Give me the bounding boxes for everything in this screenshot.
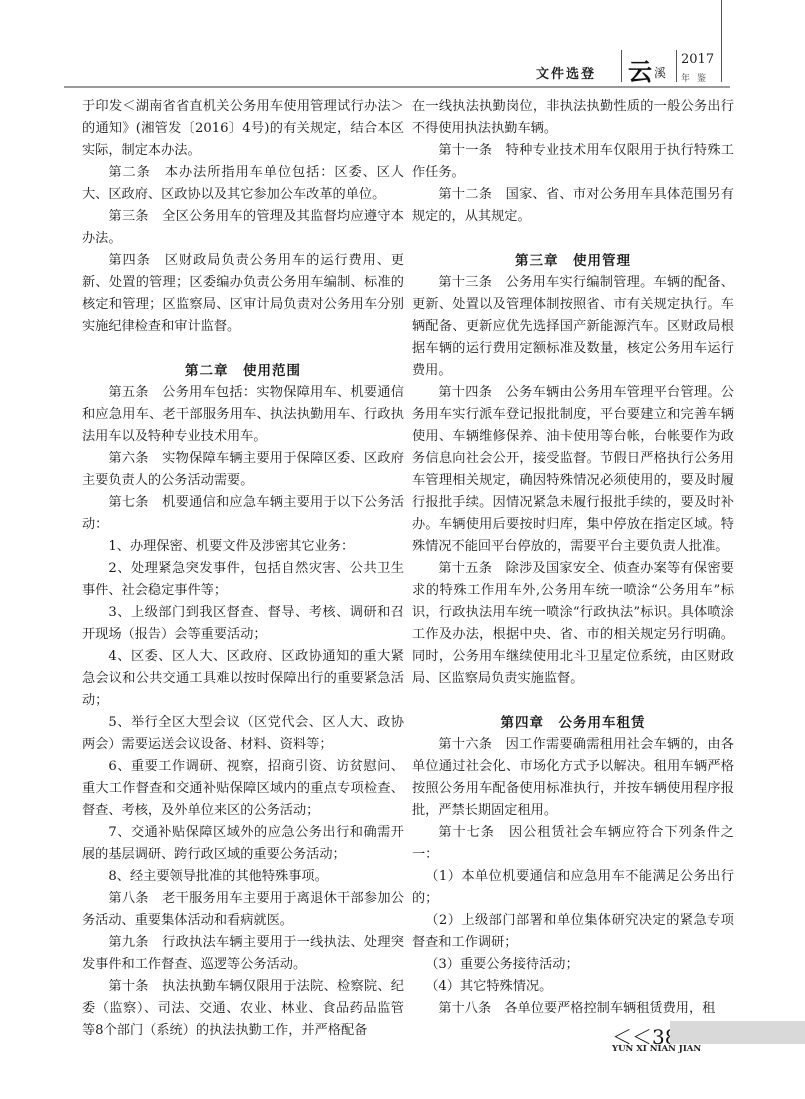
list-item: 7、交通补贴保障区域外的应急公务出行和确需开展的基层调研、跨行政区域的重要公务活… <box>82 822 404 866</box>
list-item: （1）本单位机要通信和应急用车不能满足公务出行的； <box>412 866 734 910</box>
article-8: 第八条 老干服务用车主要用于离退休干部参加公务活动、重要集体活动和看病就医。 <box>82 888 404 932</box>
list-item: （2）上级部门部署和单位集体研究决定的紧急专项督查和工作调研； <box>412 910 734 954</box>
header-divider <box>676 50 677 82</box>
page-header: 文件选登 云 溪 2017 年鉴 <box>0 0 805 88</box>
article-6: 第六条 实物保障车辆主要用于保障区委、区政府主要负责人的公务活动需要。 <box>82 448 404 492</box>
yearbook-year: 2017 <box>681 52 714 67</box>
article-14: 第十四条 公务车辆由公务用车管理平台管理。公务用车实行派车登记报批制度，平台要建… <box>412 382 734 558</box>
left-column: 于印发＜湖南省省直机关公务用车使用管理试行办法＞的通知》(湘管发〔2016〕4号… <box>82 96 404 1042</box>
article-13: 第十三条 公务用车实行编制管理。车辆的配备、更新、处置以及管理体制按照省、市有关… <box>412 272 734 382</box>
list-item: 4、区委、区人大、区政府、区政协通知的重大紧急会议和公共交通工具难以按时保障出行… <box>82 646 404 712</box>
article-12: 第十二条 国家、省、市对公务用车具体范围另有规定的，从其规定。 <box>412 184 734 228</box>
header-rule <box>64 86 730 88</box>
footer-subtitle: YUN XI NIAN JIAN <box>612 1044 701 1054</box>
article-10: 第十条 执法执勤车辆仅限用于法院、检察院、纪委（监察）、司法、交通、农业、林业、… <box>82 976 404 1042</box>
article-18: 第十八条 各单位要严格控制车辆租赁费用，租 <box>412 998 734 1020</box>
article-2: 第二条 本办法所指用车单位包括：区委、区人大、区政府、区政协以及其它参加公车改革… <box>82 162 404 206</box>
yearbook-label: 年鉴 <box>681 71 713 84</box>
spacer <box>82 338 404 360</box>
list-item: 6、重要工作调研、视察，招商引资、访贫慰问、重大工作督查和交通补贴保障区域内的重… <box>82 756 404 822</box>
article-3: 第三条 全区公务用车的管理及其监督均应遵守本办法。 <box>82 206 404 250</box>
article-16: 第十六条 因工作需要确需租用社会车辆的，由各单位通过社会化、市场化方式予以解决。… <box>412 734 734 822</box>
article-15: 第十五条 除涉及国家安全、侦查办案等有保密要求的特殊工作用车外,公务用车统一喷涂… <box>412 558 734 690</box>
article-11: 第十一条 特种专业技术用车仅限用于执行特殊工作任务。 <box>412 140 734 184</box>
section-label: 文件选登 <box>536 63 596 82</box>
chapter-title: 第三章 使用管理 <box>412 250 734 272</box>
article-17: 第十七条 因公租赁社会车辆应符合下列条件之一： <box>412 822 734 866</box>
header-divider <box>721 0 722 82</box>
brand-logo-yun: 云 <box>628 52 652 87</box>
paragraph: 于印发＜湖南省省直机关公务用车使用管理试行办法＞的通知》(湘管发〔2016〕4号… <box>82 96 404 162</box>
list-item: 5、举行全区大型会议（区党代会、区人大、政协两会）需要运送会议设备、材料、资料等… <box>82 712 404 756</box>
list-item: 8、经主要领导批准的其他特殊事项。 <box>82 866 404 888</box>
chapter-title: 第二章 使用范围 <box>82 360 404 382</box>
header-divider <box>621 50 622 82</box>
list-item: 1、办理保密、机要文件及涉密其它业务： <box>82 536 404 558</box>
article-4: 第四条 区财政局负责公务用车的运行费用、更新、处置的管理；区委编办负责公务用车编… <box>82 250 404 338</box>
paragraph: 在一线执法执勤岗位，非执法执勤性质的一般公务出行不得使用执法执勤车辆。 <box>412 96 734 140</box>
brand-logo-xi: 溪 <box>654 64 666 81</box>
article-7: 第七条 机要通信和应急车辆主要用于以下公务活动： <box>82 492 404 536</box>
list-item: 2、处理紧急突发事件，包括自然灾害、公共卫生事件、社会稳定事件等； <box>82 558 404 602</box>
list-item: （3）重要公务接待活动； <box>412 954 734 976</box>
page-bar-decoration <box>670 1021 805 1044</box>
list-item: （4）其它特殊情况。 <box>412 976 734 998</box>
article-5: 第五条 公务用车包括：实物保障用车、机要通信和应急用车、老干部服务用车、执法执勤… <box>82 382 404 448</box>
right-column: 在一线执法执勤岗位，非执法执勤性质的一般公务出行不得使用执法执勤车辆。 第十一条… <box>412 96 734 1020</box>
spacer <box>412 228 734 250</box>
spacer <box>412 690 734 712</box>
list-item: 3、上级部门到我区督查、督导、考核、调研和召开现场（报告）会等重要活动； <box>82 602 404 646</box>
article-9: 第九条 行政执法车辆主要用于一线执法、处理突发事件和工作督查、巡逻等公务活动。 <box>82 932 404 976</box>
chapter-title: 第四章 公务用车租赁 <box>412 712 734 734</box>
